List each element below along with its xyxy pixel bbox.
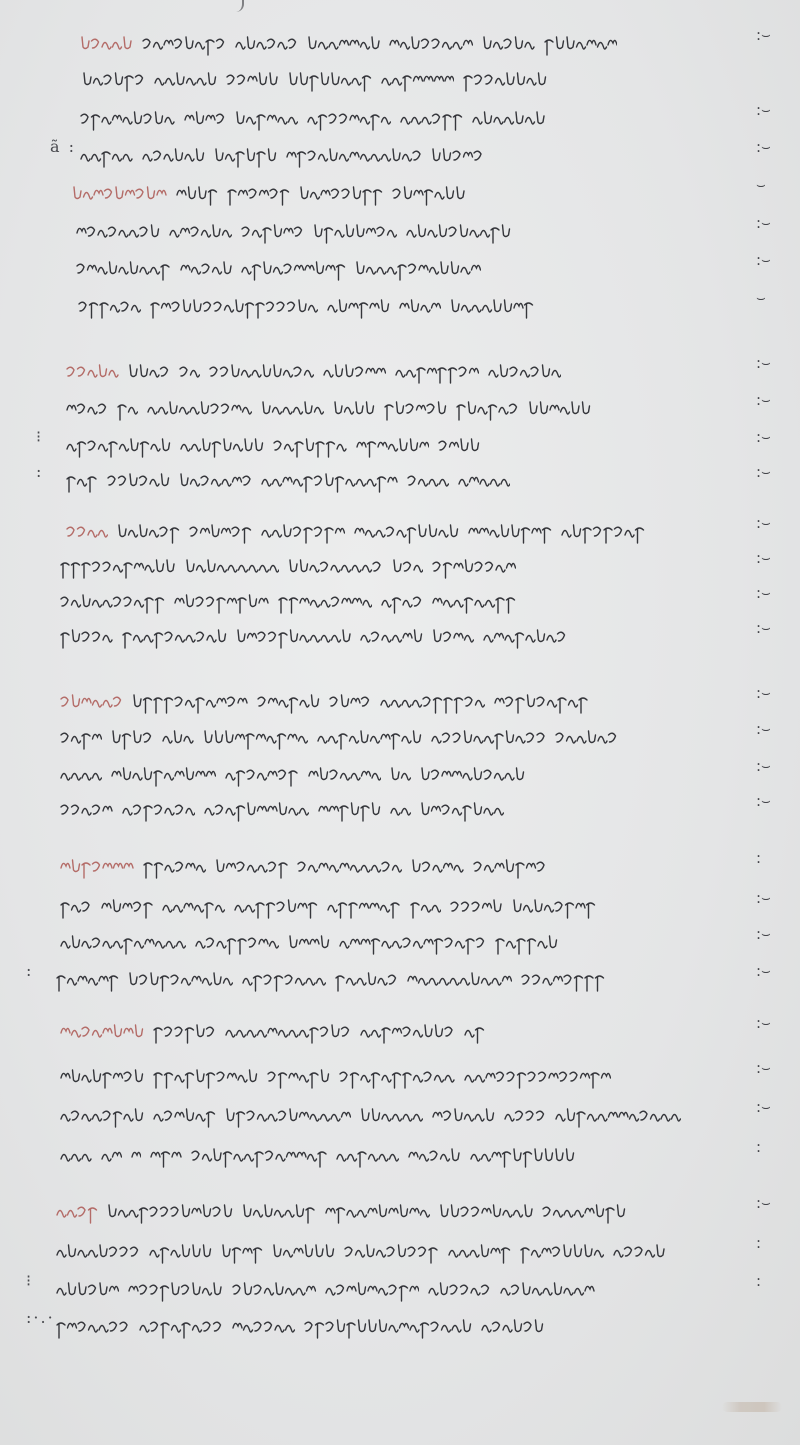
handwritten-word <box>56 1235 140 1253</box>
handwritten-word <box>128 963 233 981</box>
handwritten-word <box>464 1015 485 1033</box>
verse-end-marker: :⌣ <box>756 757 771 775</box>
handwritten-word <box>242 1195 316 1213</box>
manuscript-line <box>60 580 525 608</box>
manuscript-line <box>82 58 556 86</box>
left-margin-mark: ⁝ <box>36 427 43 446</box>
manuscript-line <box>60 545 525 573</box>
handwritten-word <box>117 515 180 533</box>
handwritten-word <box>470 1139 575 1157</box>
handwritten-word <box>407 464 449 482</box>
manuscript-line <box>56 958 614 986</box>
handwritten-word <box>60 550 176 568</box>
handwritten-word <box>420 758 525 776</box>
handwritten-word <box>154 63 217 81</box>
handwritten-word <box>313 215 397 233</box>
handwritten-word <box>613 1235 666 1253</box>
rubric-initial-word <box>60 1015 144 1033</box>
handwritten-word <box>473 850 547 868</box>
handwritten-word <box>261 392 324 410</box>
manuscript-line <box>66 387 600 415</box>
handwritten-word <box>432 1099 495 1117</box>
handwritten-word <box>410 890 442 908</box>
handwritten-word <box>78 290 141 308</box>
rubric-initial-word <box>60 685 123 703</box>
handwritten-word <box>132 685 248 703</box>
handwritten-word <box>325 1273 420 1291</box>
handwritten-word <box>420 793 504 811</box>
handwritten-word <box>336 1139 399 1157</box>
verse-end-marker: :⌣ <box>756 354 771 372</box>
manuscript-line <box>76 210 520 238</box>
handwritten-word <box>488 355 562 373</box>
manuscript-line <box>60 845 555 873</box>
manuscript-line <box>56 1305 553 1333</box>
handwritten-word <box>428 1273 491 1291</box>
handwritten-word <box>131 1139 142 1157</box>
handwritten-word <box>203 721 308 739</box>
handwritten-word <box>66 392 108 410</box>
handwritten-word <box>235 27 298 45</box>
handwritten-word <box>232 1310 295 1328</box>
handwritten-word <box>107 464 170 482</box>
handwritten-word <box>60 890 92 908</box>
handwritten-word <box>323 355 386 373</box>
rubric-initial-word <box>66 355 119 373</box>
verse-end-marker: ⌣ <box>756 176 766 194</box>
manuscript-line <box>60 788 513 816</box>
left-margin-mark: : <box>26 961 33 980</box>
handwritten-word <box>162 721 194 739</box>
handwritten-word <box>360 620 423 638</box>
handwritten-word <box>381 63 455 81</box>
handwritten-word <box>241 215 304 233</box>
handwritten-word <box>189 515 252 533</box>
handwritten-word <box>307 102 391 120</box>
handwritten-word <box>439 1195 534 1213</box>
manuscript-line <box>56 1190 635 1218</box>
handwritten-word <box>392 177 466 195</box>
handwritten-word <box>128 355 170 373</box>
handwritten-word <box>500 1273 595 1291</box>
verse-end-marker: :⌣ <box>756 684 771 702</box>
rubric-initial-word <box>56 1195 98 1213</box>
handwritten-word <box>481 1310 544 1328</box>
verse-end-marker: :⌣ <box>756 214 771 232</box>
handwritten-word <box>408 1139 461 1157</box>
handwritten-word <box>225 1099 351 1117</box>
handwritten-word <box>380 685 485 703</box>
manuscript-line <box>60 885 605 913</box>
verse-end-marker: :⌣ <box>756 514 771 532</box>
handwritten-word <box>411 850 464 868</box>
handwritten-word <box>288 926 330 944</box>
handwritten-word <box>392 550 424 568</box>
handwritten-word <box>174 585 269 603</box>
handwritten-word <box>76 252 171 270</box>
handwritten-word <box>226 63 279 81</box>
handwritten-word <box>355 252 481 270</box>
handwritten-word <box>169 215 232 233</box>
handwritten-word <box>176 177 218 195</box>
handwritten-word <box>267 1060 330 1078</box>
handwritten-word <box>179 464 253 482</box>
footer-folio-note <box>722 1402 782 1412</box>
handwritten-word <box>390 793 411 811</box>
handwritten-word <box>60 926 186 944</box>
handwritten-word <box>153 1015 216 1033</box>
handwritten-word <box>60 721 102 739</box>
handwritten-word <box>335 963 398 981</box>
handwritten-word <box>101 1139 122 1157</box>
verse-end-marker: :⌣ <box>756 428 771 446</box>
handwritten-word <box>143 850 206 868</box>
handwritten-word <box>339 1060 455 1078</box>
handwritten-word <box>149 1235 212 1253</box>
verse-end-marker: :⌣ <box>756 251 771 269</box>
handwritten-word <box>520 1235 604 1253</box>
handwritten-word <box>60 585 165 603</box>
handwritten-word <box>339 926 486 944</box>
handwritten-word <box>82 63 145 81</box>
handwritten-word <box>162 890 225 908</box>
handwritten-word <box>432 550 516 568</box>
handwritten-word <box>101 890 154 908</box>
verse-end-marker: : <box>756 849 761 867</box>
handwritten-word <box>555 721 618 739</box>
handwritten-word <box>286 139 423 157</box>
rubric-initial-word <box>72 177 167 195</box>
manuscript-line <box>60 680 597 708</box>
verse-end-marker: :⌣ <box>756 26 771 44</box>
handwritten-word <box>273 429 347 447</box>
rubric-initial-word <box>66 515 108 533</box>
handwritten-word <box>333 392 375 410</box>
handwritten-word <box>504 1099 546 1117</box>
verse-end-marker: :⌣ <box>756 1014 771 1032</box>
manuscript-line <box>78 285 543 313</box>
handwritten-word <box>122 793 196 811</box>
handwritten-word <box>494 685 589 703</box>
manuscript-line <box>56 1230 674 1258</box>
handwritten-word <box>308 758 382 776</box>
verse-end-marker: :⌣ <box>756 792 771 810</box>
handwritten-word <box>261 515 345 533</box>
handwritten-word <box>272 1235 335 1253</box>
handwritten-word <box>235 102 298 120</box>
manuscript-line <box>60 1010 494 1038</box>
manuscript-line <box>60 1094 690 1122</box>
handwritten-word <box>234 890 318 908</box>
verse-end-marker: :⌣ <box>756 1098 771 1116</box>
handwritten-word <box>360 1099 423 1117</box>
handwritten-word <box>464 1060 611 1078</box>
manuscript-line <box>72 172 474 200</box>
handwritten-word <box>278 585 373 603</box>
handwritten-word <box>142 27 226 45</box>
manuscript-line <box>66 350 570 378</box>
manuscript-line <box>66 424 489 452</box>
handwritten-word <box>60 758 102 776</box>
verse-end-marker: : <box>756 1234 761 1252</box>
handwritten-word <box>395 355 479 373</box>
top-ink-stroke <box>228 0 244 12</box>
handwritten-word <box>128 1273 223 1291</box>
left-margin-mark: ã : <box>50 137 76 156</box>
handwritten-word <box>327 890 401 908</box>
handwritten-word <box>204 793 309 811</box>
left-margin-mark: : <box>36 462 43 481</box>
manuscript-line <box>60 615 576 643</box>
handwritten-word <box>317 721 422 739</box>
handwritten-word <box>512 890 596 908</box>
handwritten-word <box>215 850 289 868</box>
handwritten-word <box>66 429 171 447</box>
handwritten-word <box>153 1060 258 1078</box>
manuscript-line <box>80 134 493 162</box>
verse-end-marker: :⌣ <box>756 720 771 738</box>
handwritten-word <box>209 355 314 373</box>
handwritten-word <box>432 585 516 603</box>
handwritten-word <box>232 1273 316 1291</box>
handwritten-word <box>122 620 227 638</box>
handwritten-word <box>107 1195 233 1213</box>
rubric-initial-word <box>60 850 134 868</box>
handwritten-word <box>242 963 326 981</box>
verse-end-marker: : <box>756 1272 761 1290</box>
manuscript-line <box>60 716 627 744</box>
handwritten-word <box>495 926 558 944</box>
handwritten-word <box>555 1099 681 1117</box>
handwritten-word <box>483 620 567 638</box>
handwritten-word <box>356 429 430 447</box>
handwritten-word <box>150 290 318 308</box>
handwritten-word <box>180 252 233 270</box>
handwritten-word <box>153 1099 216 1117</box>
manuscript-line <box>66 459 519 487</box>
rubric-initial-word <box>80 27 133 45</box>
handwritten-word <box>431 721 547 739</box>
handwritten-word <box>288 63 372 81</box>
handwritten-word <box>56 1273 119 1291</box>
handwritten-word <box>384 392 447 410</box>
handwritten-word <box>468 515 552 533</box>
handwritten-word <box>241 252 346 270</box>
handwritten-word <box>399 290 441 308</box>
handwritten-word <box>297 850 402 868</box>
handwritten-word <box>111 758 216 776</box>
handwritten-word <box>80 139 133 157</box>
verse-end-marker: :⌣ <box>756 962 771 980</box>
handwritten-word <box>561 515 645 533</box>
verse-end-marker: :⌣ <box>756 1059 771 1077</box>
handwritten-word <box>354 515 459 533</box>
handwritten-word <box>360 1015 455 1033</box>
handwritten-word <box>221 1235 263 1253</box>
handwritten-word <box>318 793 381 811</box>
verse-end-marker: ⌣ <box>756 289 766 307</box>
verse-end-marker: :⌣ <box>756 463 771 481</box>
handwritten-word <box>184 102 226 120</box>
verse-end-marker: :⌣ <box>756 925 771 943</box>
handwritten-word <box>304 1310 472 1328</box>
handwritten-word <box>214 139 277 157</box>
handwritten-word <box>456 392 519 410</box>
handwritten-word <box>66 464 98 482</box>
handwritten-word <box>381 585 423 603</box>
handwritten-word <box>544 27 618 45</box>
manuscript-line <box>80 22 626 50</box>
handwritten-word <box>472 102 546 120</box>
handwritten-word <box>225 758 299 776</box>
handwritten-word <box>56 1310 130 1328</box>
handwritten-word <box>448 1235 511 1253</box>
handwritten-word <box>463 63 547 81</box>
handwritten-word <box>450 890 503 908</box>
handwritten-word <box>406 215 511 233</box>
manuscript-line <box>66 510 654 538</box>
handwritten-word <box>450 290 534 308</box>
handwritten-word <box>225 1015 351 1033</box>
handwritten-word <box>407 963 512 981</box>
verse-end-marker: :⌣ <box>756 619 771 637</box>
manuscript-line <box>60 1055 620 1083</box>
handwritten-word <box>80 102 175 120</box>
handwritten-word <box>195 926 279 944</box>
handwritten-word <box>458 464 511 482</box>
handwritten-word <box>76 215 160 233</box>
handwritten-word <box>325 1195 430 1213</box>
handwritten-word <box>236 620 352 638</box>
handwritten-word <box>60 1099 144 1117</box>
verse-end-marker: :⌣ <box>756 1194 771 1212</box>
handwritten-word <box>56 963 119 981</box>
handwritten-word <box>191 1139 328 1157</box>
verse-end-marker: :⌣ <box>756 889 771 907</box>
handwritten-word <box>139 1310 223 1328</box>
manuscript-line <box>76 247 490 275</box>
manuscript-line <box>60 1134 584 1162</box>
handwritten-word <box>307 27 381 45</box>
handwritten-word <box>438 429 480 447</box>
manuscript-line <box>80 97 554 125</box>
handwritten-word <box>60 1139 92 1157</box>
handwritten-word <box>150 1139 182 1157</box>
handwritten-word <box>528 392 591 410</box>
verse-end-marker: :⌣ <box>756 391 771 409</box>
verse-end-marker: :⌣ <box>756 101 771 119</box>
handwritten-word <box>227 177 290 195</box>
handwritten-word <box>261 464 398 482</box>
handwritten-word <box>60 1060 144 1078</box>
verse-end-marker: :⌣ <box>756 138 771 156</box>
handwritten-word <box>179 355 200 373</box>
handwritten-word <box>60 793 113 811</box>
handwritten-word <box>111 721 153 739</box>
handwritten-word <box>390 758 411 776</box>
handwritten-word <box>117 392 138 410</box>
handwritten-word <box>482 27 535 45</box>
verse-end-marker: : <box>756 1138 761 1156</box>
handwritten-word <box>431 139 484 157</box>
handwritten-word <box>299 177 383 195</box>
handwritten-word <box>288 550 383 568</box>
handwritten-word <box>147 392 252 410</box>
manuscript-line <box>60 921 567 949</box>
handwritten-word <box>400 102 463 120</box>
verse-end-marker: :⌣ <box>756 584 771 602</box>
left-margin-mark: ⁝ <box>26 1271 33 1290</box>
handwritten-word <box>344 1235 439 1253</box>
handwritten-word <box>389 27 473 45</box>
handwritten-word <box>542 1195 626 1213</box>
handwritten-word <box>329 685 371 703</box>
handwritten-word <box>257 685 320 703</box>
left-margin-mark: :·.· <box>26 1308 55 1327</box>
handwritten-word <box>432 620 474 638</box>
handwritten-word <box>185 550 280 568</box>
handwritten-word <box>60 620 113 638</box>
handwritten-word <box>327 290 390 308</box>
verse-end-marker: :⌣ <box>756 549 771 567</box>
handwritten-word <box>521 963 605 981</box>
manuscript-line <box>56 1268 604 1296</box>
manuscript-line <box>60 753 534 781</box>
manuscript-page: :⌣:⌣:⌣ã :⌣:⌣:⌣⌣:⌣:⌣:⌣⁝:⌣::⌣:⌣:⌣:⌣:⌣:⌣:⌣:… <box>0 0 800 1445</box>
handwritten-word <box>142 139 205 157</box>
handwritten-word <box>180 429 264 447</box>
